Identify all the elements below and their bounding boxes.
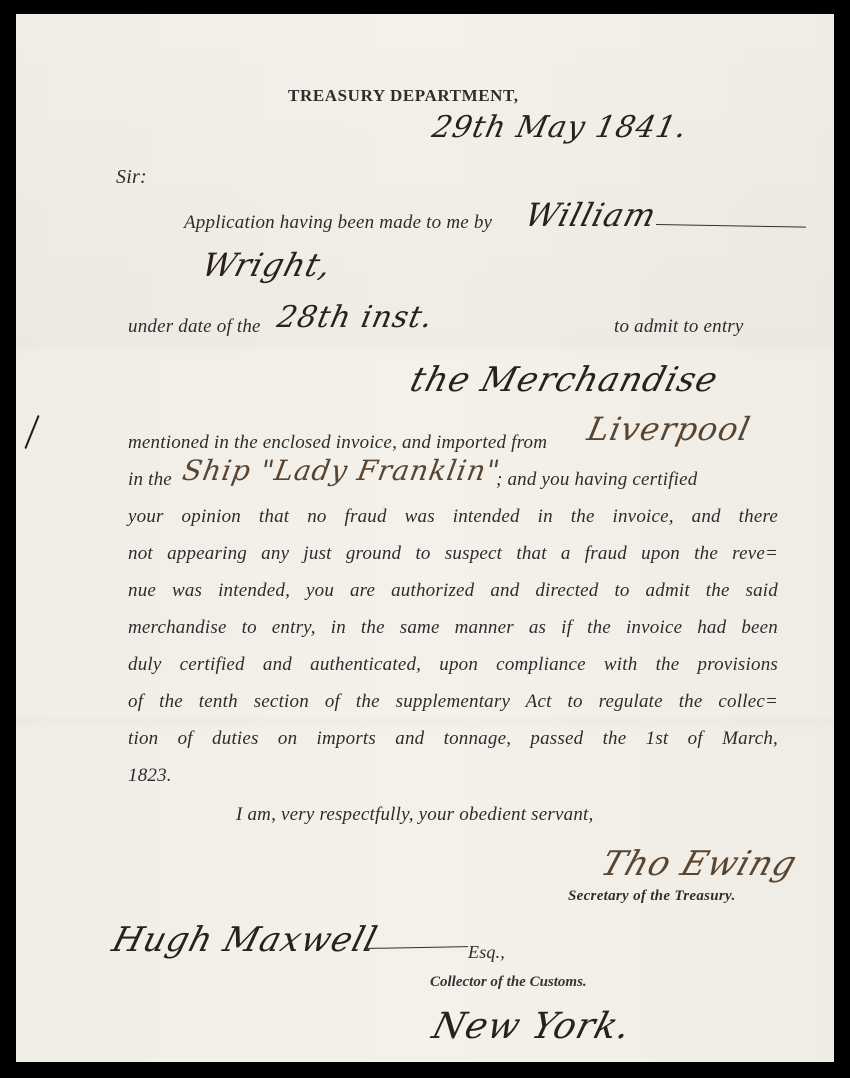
closing-line: I am, very respectfully, your obedient s… <box>236 804 593 826</box>
salutation: Sir: <box>116 166 147 189</box>
name-flourish <box>656 224 806 228</box>
letter-paper: TREASURY DEPARTMENT, 29th May 1841. Sir:… <box>16 14 834 1062</box>
addressee-title: Collector of the Customs. <box>430 974 587 991</box>
body-line-1-printed: Application having been made to me by <box>184 212 492 234</box>
body-line-12: of the tenth section of the supplementar… <box>128 691 778 713</box>
addressee-flourish <box>364 946 468 949</box>
margin-pen-mark <box>24 415 39 449</box>
body-line-14: 1823. <box>128 765 172 787</box>
body-line-3-printed-a: under date of the <box>128 316 261 338</box>
addressee-name: Hugh Maxwell <box>108 920 382 960</box>
body-line-10: merchandise to entry, in the same manner… <box>128 617 778 639</box>
application-date: 28th inst. <box>274 300 436 335</box>
body-line-11: duly certified and authenticated, upon c… <box>128 654 778 676</box>
body-line-5-printed: mentioned in the enclosed invoice, and i… <box>128 432 547 454</box>
signer-title: Secretary of the Treasury. <box>568 888 736 905</box>
goods-description: the Merchandise <box>406 360 723 400</box>
body-line-9: nue was intended, you are authorized and… <box>128 580 778 602</box>
body-line-6-printed-b: ; and you having certified <box>496 469 697 491</box>
body-line-7: your opinion that no fraud was intended … <box>128 506 778 528</box>
addressee-suffix: Esq., <box>468 942 505 963</box>
body-line-8: not appearing any just ground to suspect… <box>128 543 778 565</box>
origin-port: Liverpool <box>584 410 754 448</box>
ship-name: Ship "Lady Franklin" <box>180 454 503 487</box>
applicant-first-name: William <box>521 196 661 234</box>
body-line-13: tion of duties on imports and tonnage, p… <box>128 728 778 750</box>
secretary-signature: Tho Ewing <box>596 844 802 884</box>
body-line-3-printed-b: to admit to entry <box>614 316 744 338</box>
addressee-location: New York. <box>428 1006 636 1047</box>
applicant-last-name: Wright, <box>198 246 336 284</box>
body-line-6-printed-a: in the <box>128 469 172 491</box>
handwritten-date: 29th May 1841. <box>429 110 691 145</box>
letterhead-title: TREASURY DEPARTMENT, <box>288 86 519 106</box>
